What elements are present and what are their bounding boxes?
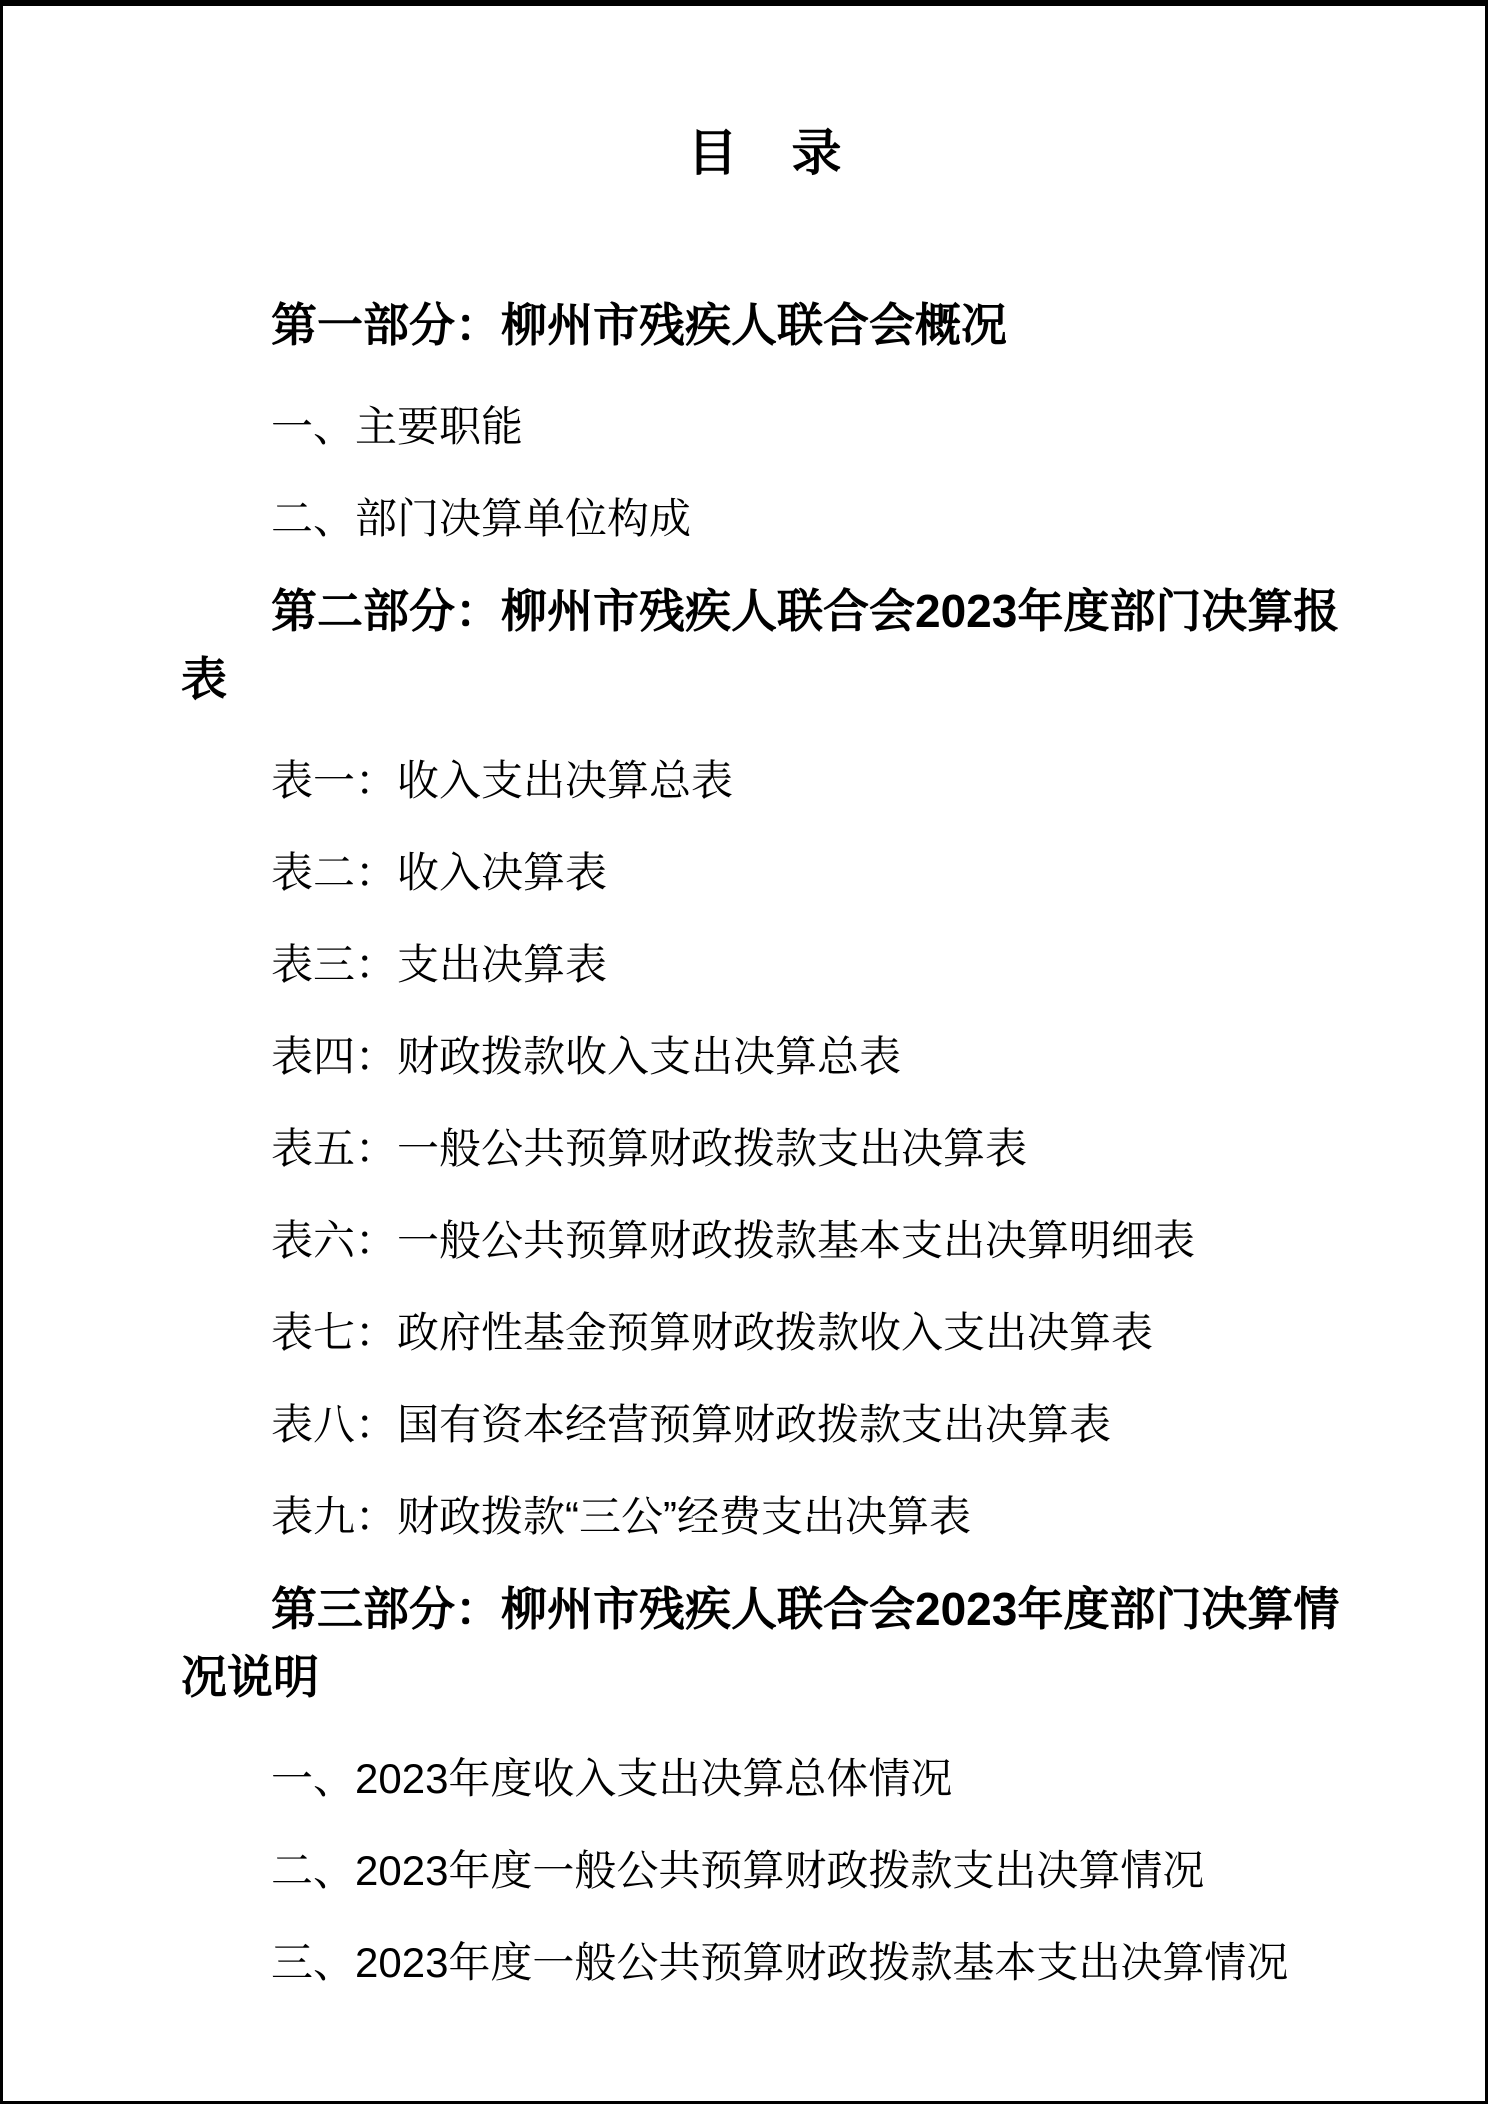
toc-item-table-2: 表二：收入决算表 bbox=[181, 839, 1350, 907]
toc-item-table-8: 表八：国有资本经营预算财政拨款支出决算表 bbox=[181, 1391, 1350, 1459]
toc-item-table-1: 表一：收入支出决算总表 bbox=[181, 747, 1350, 815]
document-page: 目 录 第一部分：柳州市残疾人联合会概况 一、主要职能 二、部门决算单位构成 第… bbox=[0, 0, 1488, 2104]
toc-item-table-7: 表七：政府性基金预算财政拨款收入支出决算表 bbox=[181, 1299, 1350, 1367]
toc-item-main-functions: 一、主要职能 bbox=[181, 393, 1350, 461]
section-2-heading: 第二部分：柳州市残疾人联合会2023年度部门决算报表 bbox=[181, 577, 1350, 713]
toc-item-table-6: 表六：一般公共预算财政拨款基本支出决算明细表 bbox=[181, 1207, 1350, 1275]
section-3-heading: 第三部分：柳州市残疾人联合会2023年度部门决算情况说明 bbox=[181, 1575, 1350, 1711]
toc-item-unit-composition: 二、部门决算单位构成 bbox=[181, 485, 1350, 553]
toc-item-note-2: 二、2023年度一般公共预算财政拨款支出决算情况 bbox=[181, 1837, 1350, 1905]
toc-title: 目 录 bbox=[181, 116, 1350, 191]
toc-item-table-3: 表三：支出决算表 bbox=[181, 931, 1350, 999]
toc-item-table-5: 表五：一般公共预算财政拨款支出决算表 bbox=[181, 1115, 1350, 1183]
section-1-heading: 第一部分：柳州市残疾人联合会概况 bbox=[181, 291, 1350, 359]
toc-item-table-4: 表四：财政拨款收入支出决算总表 bbox=[181, 1023, 1350, 1091]
toc-item-note-1: 一、2023年度收入支出决算总体情况 bbox=[181, 1745, 1350, 1813]
toc-item-table-9: 表九：财政拨款“三公”经费支出决算表 bbox=[181, 1483, 1350, 1551]
toc-item-note-3: 三、2023年度一般公共预算财政拨款基本支出决算情况 bbox=[181, 1929, 1350, 1997]
toc-document: 目 录 第一部分：柳州市残疾人联合会概况 一、主要职能 二、部门决算单位构成 第… bbox=[3, 6, 1485, 2101]
